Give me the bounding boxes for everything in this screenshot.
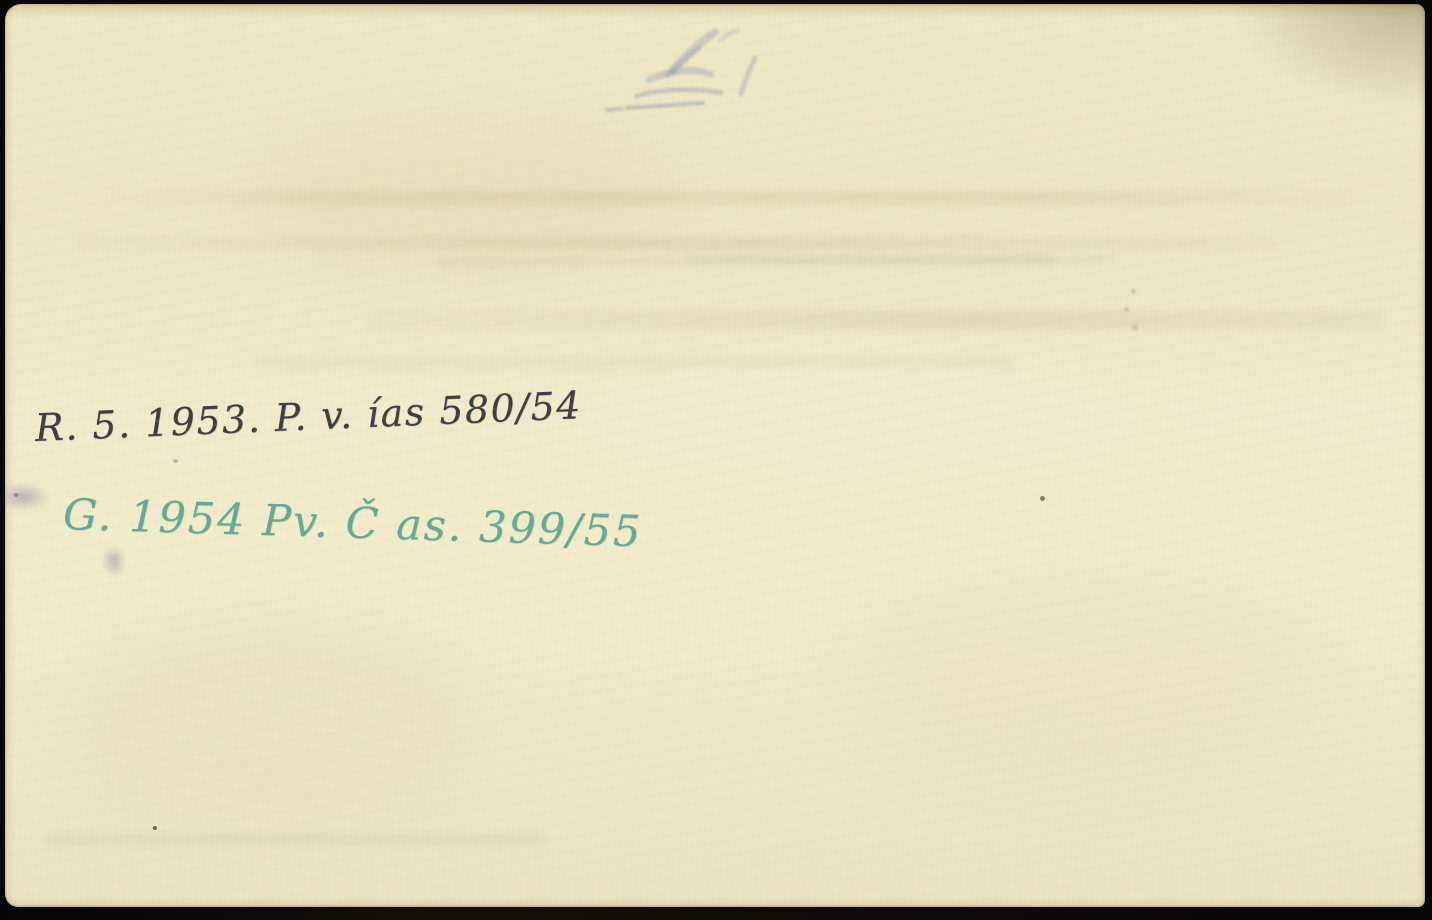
paper-texture-overlay <box>5 4 1425 907</box>
purple-ink-smudge <box>101 544 127 578</box>
bleedthrough-band <box>95 190 1375 205</box>
bleedthrough-band <box>255 356 1015 368</box>
ink-stamp-icon <box>603 18 788 118</box>
paper-speck <box>1040 496 1045 501</box>
bleedthrough-band <box>75 236 1275 250</box>
handwritten-annotation-1953: R. 5. 1953. P. v. ías 580/54 <box>34 383 583 450</box>
index-card: R. 5. 1953. P. v. ías 580/54 G. 1954 Pv.… <box>5 4 1425 907</box>
paper-speck <box>173 459 178 463</box>
paper-speck <box>153 826 157 830</box>
purple-ink-smudge <box>1113 286 1147 338</box>
paper-speck <box>14 493 18 497</box>
bleedthrough-band <box>435 256 1055 267</box>
bleedthrough-band <box>365 310 1385 330</box>
bleedthrough-band <box>685 254 1115 264</box>
scan-background: R. 5. 1953. P. v. ías 580/54 G. 1954 Pv.… <box>0 0 1432 920</box>
handwritten-annotation-1954: G. 1954 Pv. Č as. 399/55 <box>62 490 643 557</box>
paper-tone-blotch <box>855 564 1315 784</box>
bleedthrough-band <box>45 834 545 845</box>
paper-tone-blotch <box>255 124 675 274</box>
paper-tone-blotch <box>85 624 465 824</box>
purple-ink-smudge <box>5 482 51 512</box>
paper-tone-blotch <box>605 344 1105 504</box>
